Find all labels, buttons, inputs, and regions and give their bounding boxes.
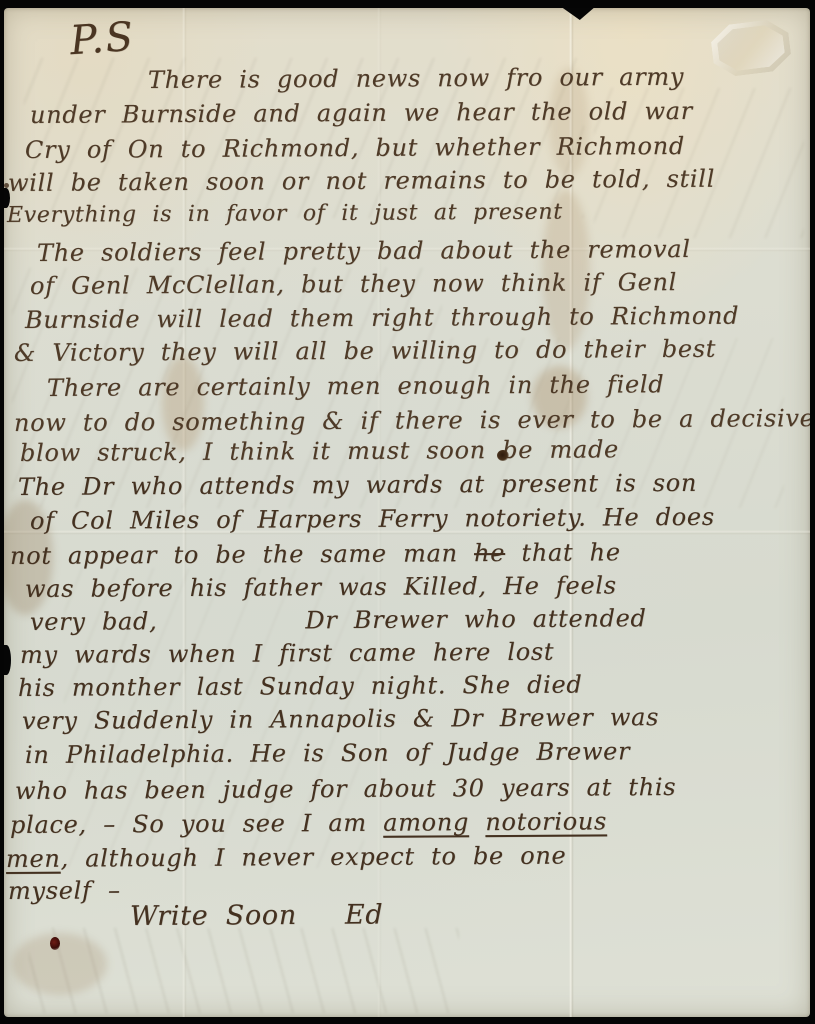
letter-line: of Genl McClellan, but they now think if… xyxy=(30,268,677,300)
letter-line: Everything is in favor of it just at pre… xyxy=(7,200,563,228)
letter-line: in Philadelphia. He is Son of Judge Brew… xyxy=(25,737,630,769)
letter-line: Burnside will lead them right through to… xyxy=(25,302,739,334)
letter-line: There is good news now fro our army xyxy=(148,63,684,94)
ink-blot xyxy=(497,450,509,461)
underlined-word: notorious xyxy=(485,807,607,836)
letter-line: men, although I never expect to be one xyxy=(6,842,567,873)
postscript-label: P.S xyxy=(68,14,136,64)
letter-line: place, – So you see I am among notorious xyxy=(10,807,607,839)
letter-line: There are certainly men enough in the fi… xyxy=(47,370,664,402)
letter-line: Cry of On to Richmond, but whether Richm… xyxy=(25,132,685,164)
letter-line: who has been judge for about 30 years at… xyxy=(15,773,676,805)
closing-phrase: Write Soon xyxy=(130,900,297,932)
letter-line: very Suddenly in Annapolis & Dr Brewer w… xyxy=(22,703,659,735)
underlined-word: men xyxy=(6,845,61,873)
wax-spot xyxy=(50,937,60,950)
embossed-seal-icon xyxy=(709,17,793,78)
letter-line: not appear to be the same man he that he xyxy=(10,538,621,570)
signature: Ed xyxy=(345,899,384,930)
letter-line: blow struck, I think it must soon be mad… xyxy=(20,435,619,467)
letter-line: of Col Miles of Harpers Ferry notoriety.… xyxy=(30,503,715,535)
embossed-seal-inner xyxy=(716,23,787,73)
letter-line: his monther last Sunday night. She died xyxy=(18,671,583,702)
letter-line: The soldiers feel pretty bad about the r… xyxy=(37,235,691,267)
letter-line: The Dr who attends my wards at present i… xyxy=(18,469,697,501)
scan-background: P.S There is good news now fro our army … xyxy=(0,0,815,1024)
bleed-through-texture xyxy=(29,928,459,1013)
letter-line: was before his father was Killed, He fee… xyxy=(25,571,617,603)
letter-line: very bad,Dr Brewer who attended xyxy=(30,604,647,636)
letter-line: will be taken soon or not remains to be … xyxy=(8,165,715,197)
letter-line: myself – xyxy=(8,876,121,905)
letter-line: now to do something & if there is ever t… xyxy=(14,404,810,437)
paper-tear xyxy=(560,8,596,20)
letter-line: my wards when I first came here lost xyxy=(20,638,554,669)
letter-line: & Victory they will all be willing to do… xyxy=(14,335,716,367)
letter-closing: Write SoonEd xyxy=(130,899,383,932)
paper-tear xyxy=(4,645,11,675)
underlined-word: among xyxy=(383,808,469,837)
letter-page: P.S There is good news now fro our army … xyxy=(4,8,810,1017)
stain xyxy=(162,356,204,451)
letter-line: under Burnside and again we hear the old… xyxy=(30,97,693,129)
ink-dot xyxy=(4,183,9,188)
struck-word: he xyxy=(474,539,505,567)
